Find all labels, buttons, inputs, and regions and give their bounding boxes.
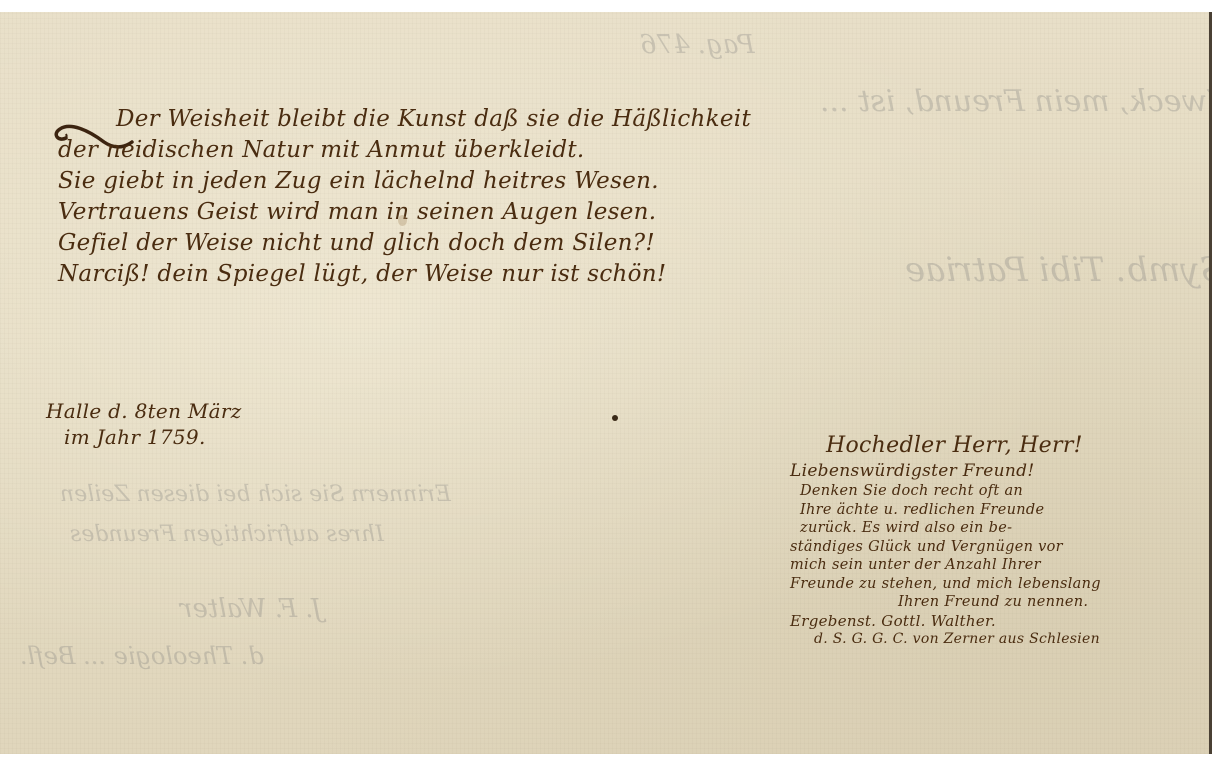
bleed-through-top-right: Ihr Zweck, mein Freund, ist ... [820,84,1212,119]
dedication-line: mich sein unter der Anzahl Ihrer [790,556,1101,575]
signature: Ergebenst. Gottl. Walther. [790,612,1101,631]
salutation: Hochedler Herr, Herr! [790,432,1101,460]
dedication-line: Ihren Freund zu nennen. [790,593,1101,612]
bleed-through-left-bottom-3: J. F. Walter [180,594,322,624]
poem-line: der neidischen Natur mit Anmut überkleid… [58,135,751,166]
bleed-through-left-bottom-1: Erinnern Sie sich bei diesen Zeilen [60,482,451,507]
poem-line: Narciß! dein Spiegel lügt, der Weise nur… [58,259,751,290]
ink-dot [612,415,618,421]
dedication-line: zurück. Es wird also ein be- [790,519,1101,538]
dedication-line: Liebenswürdigster Freund! [790,460,1101,482]
bleed-through-right-middle: Symb. Tibi Patriae [905,250,1212,290]
dedication-block: Hochedler Herr, Herr! Liebenswürdigster … [790,432,1101,649]
manuscript-page: Pag. 476 Ihr Zweck, mein Freund, ist ...… [0,12,1212,754]
bleed-through-left-bottom-2: Ihres aufrichtigen Freundes [70,522,384,547]
dedication-line: Ihre ächte u. redlichen Freunde [790,501,1101,520]
dedication-line: Denken Sie doch recht oft an [790,482,1101,501]
dedication-line: ständiges Glück und Vergnügen vor [790,538,1101,557]
poem-block: Der Weisheit bleibt die Kunst daß sie di… [58,104,751,290]
bleed-through-page-number: Pag. 476 [640,30,755,60]
place-date-line1: Halle d. 8ten März [46,399,242,423]
place-date-line2: im Jahr 1759. [46,424,242,450]
ink-stain [398,215,407,226]
dedication-line: Freunde zu stehen, und mich lebenslang [790,575,1101,594]
poem-line: Sie giebt in jeden Zug ein lächelnd heit… [58,166,751,197]
signature-line2: d. S. G. G. C. von Zerner aus Schlesien [790,630,1101,649]
bleed-through-left-bottom-4: d. Theologie ... Befl. [20,642,264,670]
place-date: Halle d. 8ten März im Jahr 1759. [46,398,242,450]
poem-line: Gefiel der Weise nicht und glich doch de… [58,228,751,259]
poem-line: Der Weisheit bleibt die Kunst daß sie di… [58,104,751,135]
